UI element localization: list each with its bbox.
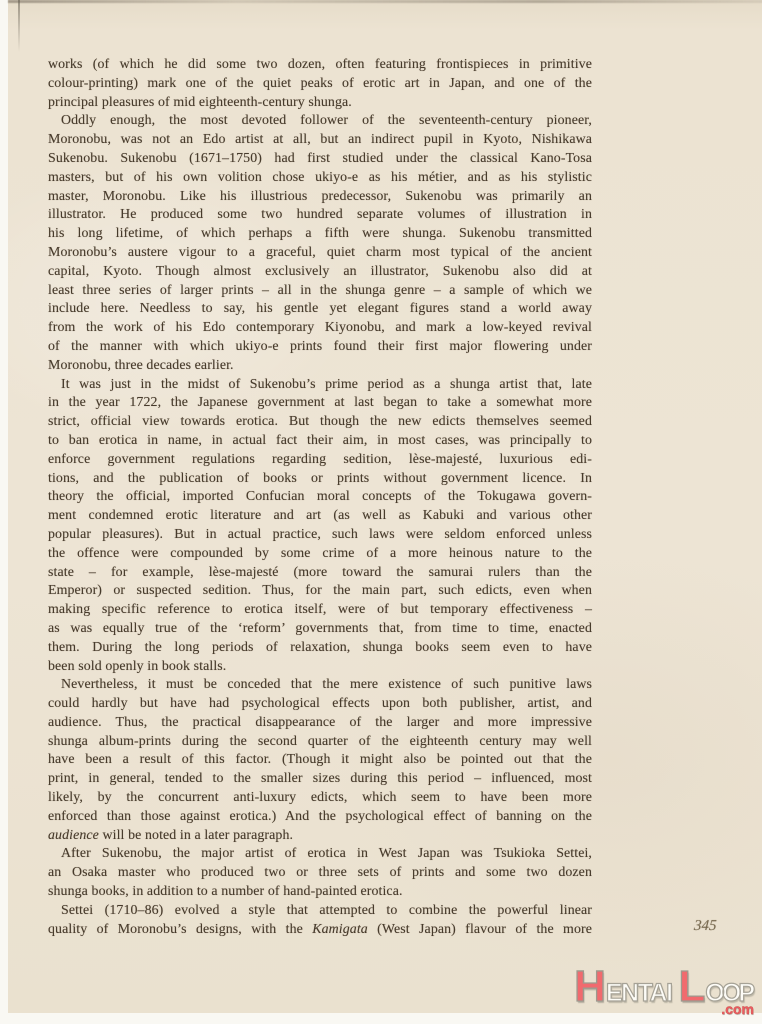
text-line: include here. Needless to say, his gentl…	[48, 300, 592, 319]
text-line: audience will be noted in a later paragr…	[48, 827, 592, 846]
paragraph: After Sukenobu, the major artist of erot…	[48, 845, 592, 901]
text-line: shunga books, in addition to a number of…	[48, 883, 592, 902]
watermark-dot-com: .com	[721, 1001, 754, 1017]
paragraph: It was just in the midst of Sukenobu’s p…	[48, 376, 592, 677]
text-line: likely, by the concurrent anti-luxury ed…	[48, 789, 592, 808]
text-line: Oddly enough, the most devoted follower …	[48, 112, 592, 131]
text-line: illustrator. He produced some two hundre…	[48, 206, 592, 225]
text-line: master, Moronobu. Like his illustrious p…	[48, 188, 592, 207]
text-line: them. During the long periods of relaxat…	[48, 639, 592, 658]
scan-top-edge-shadow	[8, 0, 762, 3]
text-line: strict, official view towards erotica. B…	[48, 413, 592, 432]
text-column: works (of which he did some two dozen, o…	[48, 56, 592, 939]
text-line: principal pleasures of mid eighteenth-ce…	[48, 94, 592, 113]
text-line: capital, Kyoto. Though almost exclusivel…	[48, 263, 592, 282]
text-line: popular pleasures). But in actual practi…	[48, 526, 592, 545]
text-line: to ban erotica in name, in actual fact t…	[48, 432, 592, 451]
text-line: works (of which he did some two dozen, o…	[48, 56, 592, 75]
text-line: audience. Thus, the practical disappeara…	[48, 714, 592, 733]
text-line: Sukenobu. Sukenobu (1671–1750) had first…	[48, 150, 592, 169]
watermark-word-loop: L OOP .com	[679, 967, 752, 1008]
paragraph: works (of which he did some two dozen, o…	[48, 56, 592, 112]
paragraph: Settei (1710–86) evolved a style that at…	[48, 902, 592, 940]
text-line: as was equally true of the ‘reform’ gove…	[48, 620, 592, 639]
watermark-text-entai: ENTAI	[606, 978, 672, 1008]
text-line: It was just in the midst of Sukenobu’s p…	[48, 376, 592, 395]
book-page: works (of which he did some two dozen, o…	[8, 0, 762, 1013]
text-line: quality of Moronobu’s designs, with the …	[48, 921, 592, 940]
text-line: an Osaka master who produced two or thre…	[48, 864, 592, 883]
text-line: state – for example, lèse-majesté (more …	[48, 564, 592, 583]
text-line: the offence were compounded by some crim…	[48, 545, 592, 564]
text-line: of the manner with which ukiyo-e prints …	[48, 338, 592, 357]
text-line: least three series of larger prints – al…	[48, 282, 592, 301]
text-line: shunga album-prints during the second qu…	[48, 733, 592, 752]
text-line: theory the official, imported Confucian …	[48, 488, 592, 507]
text-line: his long lifetime, of which perhaps a fi…	[48, 225, 592, 244]
text-line: Moronobu’s austere vigour to a graceful,…	[48, 244, 592, 263]
text-line: After Sukenobu, the major artist of erot…	[48, 845, 592, 864]
scanned-book-page-screenshot: { "page": { "number": "345", "paragraphs…	[0, 0, 762, 1024]
text-line: ment condemned erotic literature and art…	[48, 507, 592, 526]
text-line: have been a result of this factor. (Thou…	[48, 751, 592, 770]
watermark-word-hentai: H ENTAI	[574, 967, 671, 1008]
text-line: masters, but of his own volition chose u…	[48, 169, 592, 188]
text-line: enforce government regulations regarding…	[48, 451, 592, 470]
text-line: enforced than those against erotica.) An…	[48, 808, 592, 827]
text-line: could hardly but have had psychological …	[48, 695, 592, 714]
text-line: Nevertheless, it must be conceded that t…	[48, 676, 592, 695]
text-line: been sold openly in book stalls.	[48, 658, 592, 677]
text-line: tions, and the publication of books or p…	[48, 470, 592, 489]
text-line: Moronobu, was not an Edo artist at all, …	[48, 131, 592, 150]
page-number: 345	[693, 918, 717, 935]
text-line: Emperor) or suspected sedition. Thus, fo…	[48, 582, 592, 601]
text-line: Settei (1710–86) evolved a style that at…	[48, 902, 592, 921]
paragraph: Nevertheless, it must be conceded that t…	[48, 676, 592, 845]
watermark-logo[interactable]: H ENTAI L OOP .com	[574, 956, 752, 1008]
paragraph: Oddly enough, the most devoted follower …	[48, 112, 592, 375]
text-line: making specific reference to erotica its…	[48, 601, 592, 620]
watermark-letter-l: L	[679, 967, 706, 1007]
scan-spine-mark	[18, 0, 20, 52]
watermark-letter-h: H	[574, 967, 606, 1007]
text-line: Moronobu, three decades earlier.	[48, 357, 592, 376]
text-line: from the work of his Edo contemporary Ki…	[48, 319, 592, 338]
text-line: print, in general, tended to the smaller…	[48, 770, 592, 789]
text-line: colour-printing) mark one of the quiet p…	[48, 75, 592, 94]
text-line: in the year 1722, the Japanese governmen…	[48, 394, 592, 413]
